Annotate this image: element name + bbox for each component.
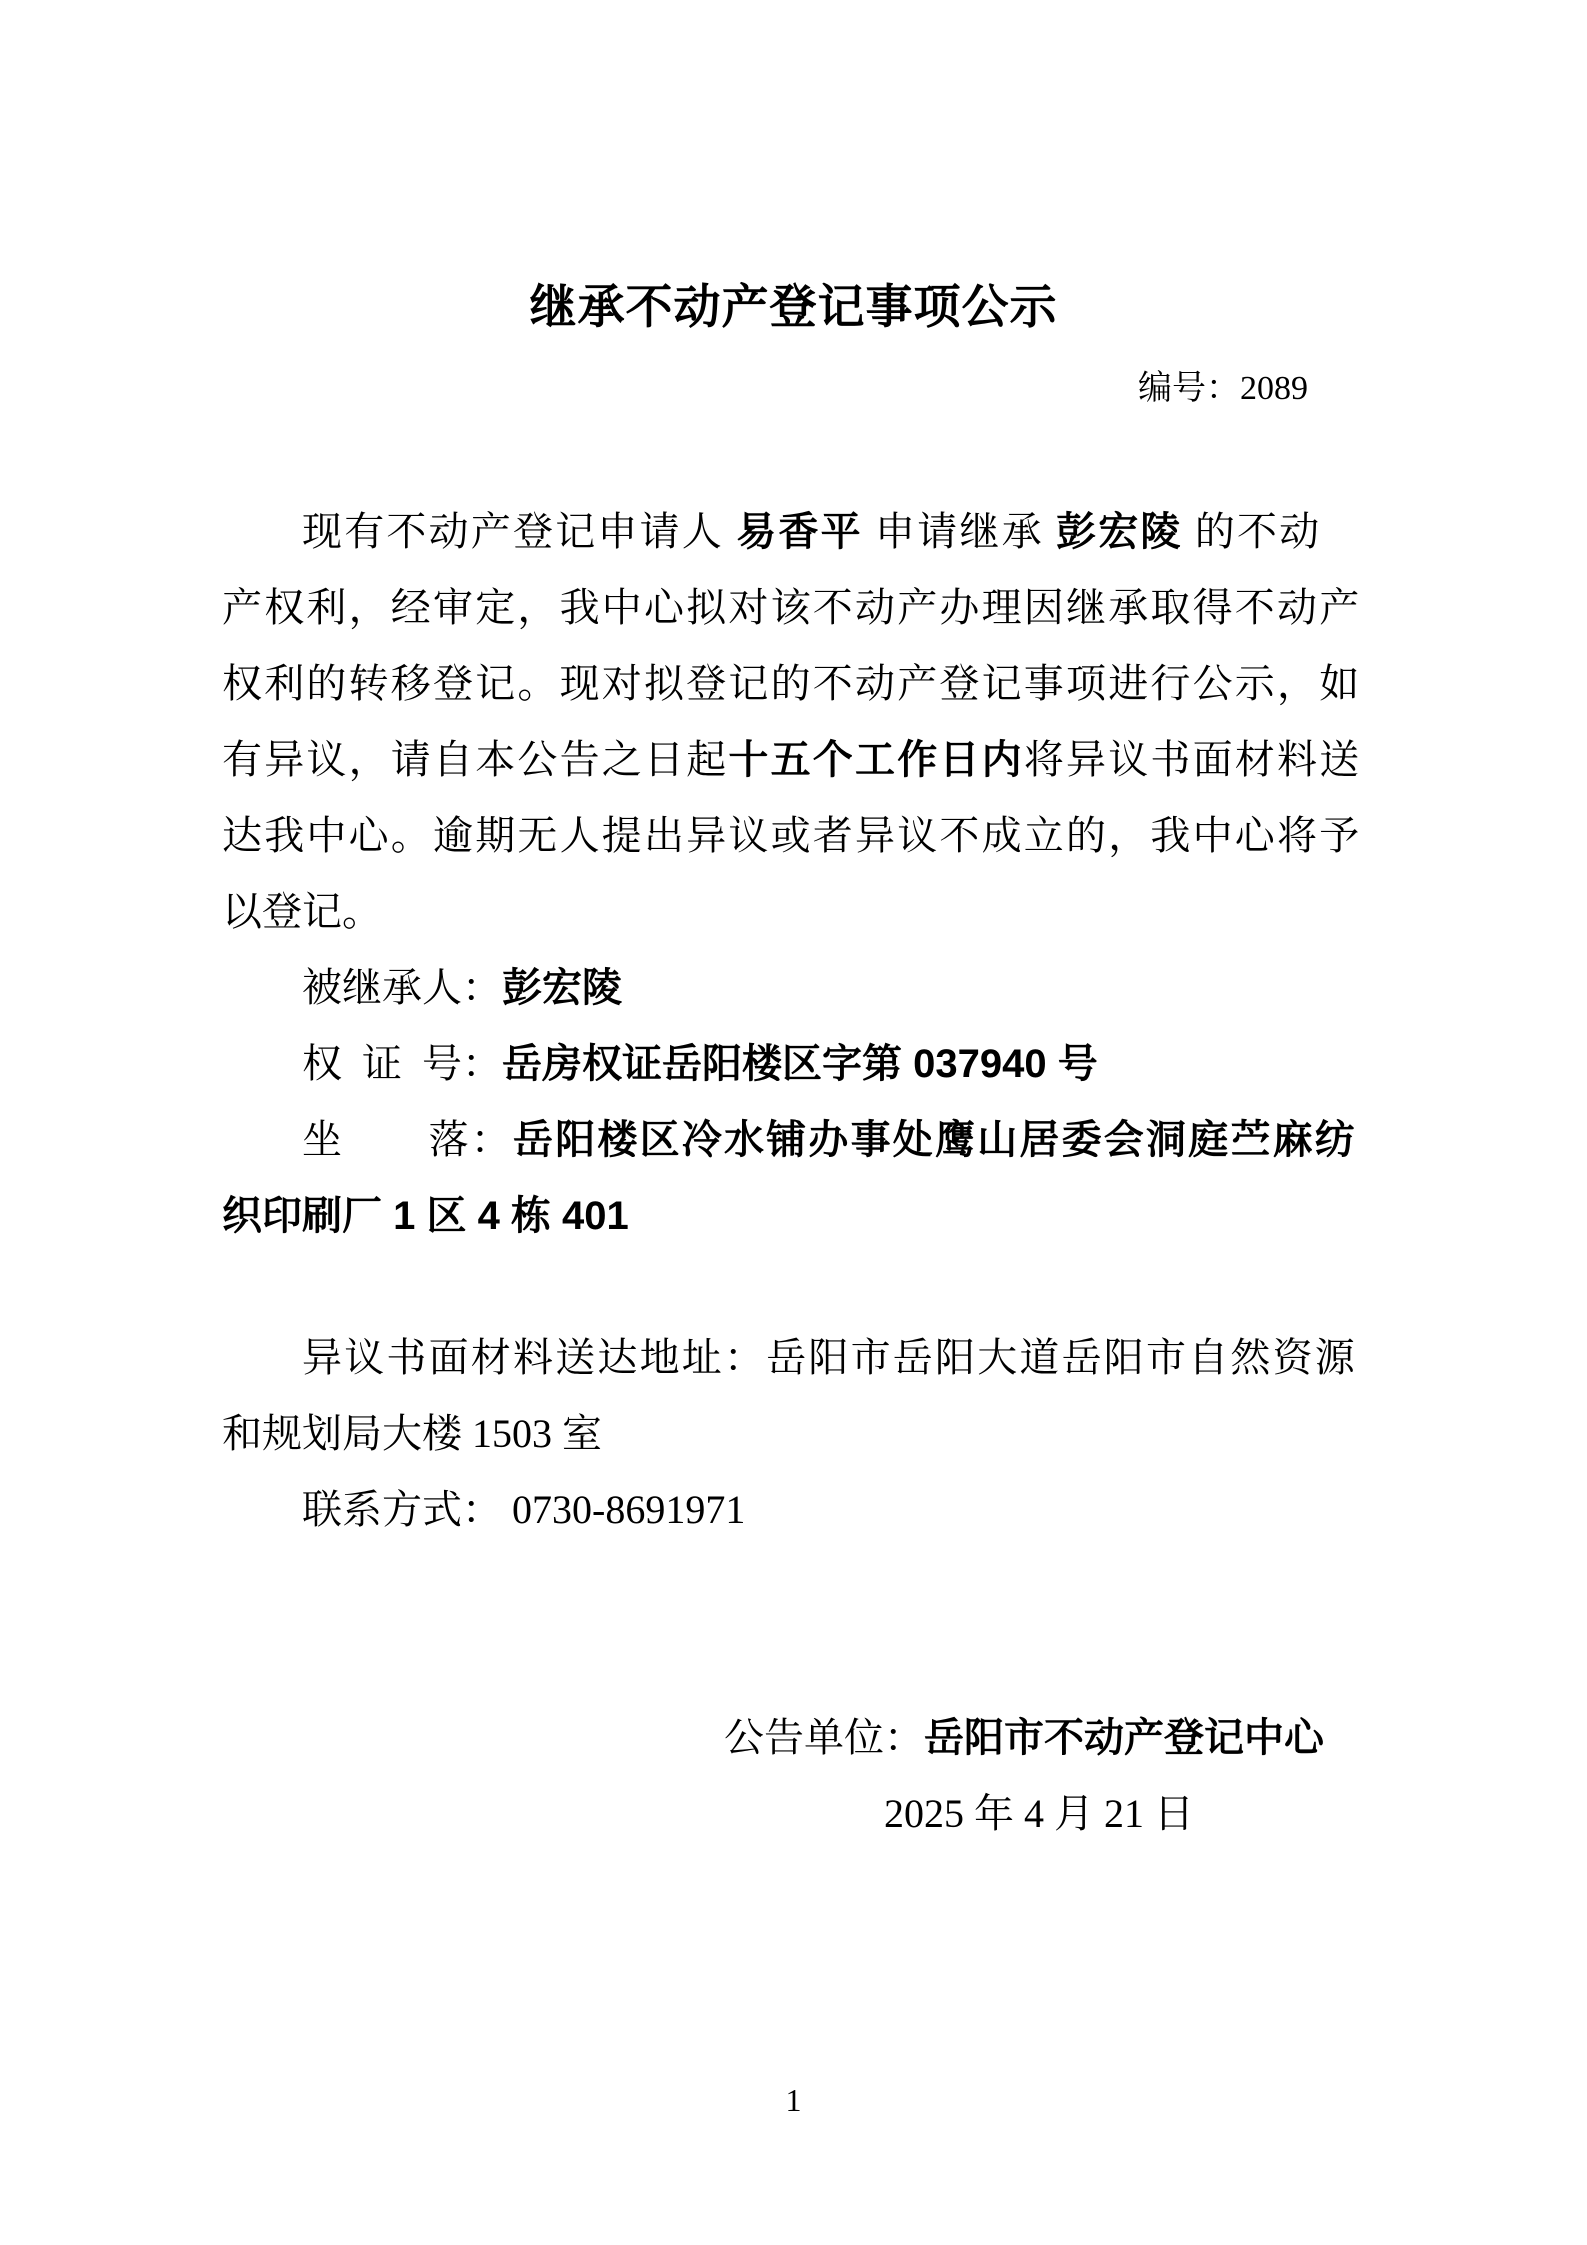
announcement-date: 2025 年 4 月 21 日: [884, 1791, 1194, 1836]
location-line-1: 坐 落：岳阳楼区冷水铺办事处鹰山居委会洞庭苎麻纺: [222, 1102, 1365, 1178]
decedent-name: 彭宏陵: [1056, 510, 1183, 554]
location-value-part-1: 岳阳楼区冷水铺办事处鹰山居委会洞庭苎麻纺: [513, 1118, 1357, 1162]
decedent-value: 彭宏陵: [502, 966, 622, 1010]
paragraph-line-5: 达我中心。逾期无人提出异议或者异议不成立的，我中心将予: [222, 798, 1365, 874]
decedent-label: 被继承人：: [302, 965, 502, 1010]
certificate-label: 权 证 号：: [302, 1041, 502, 1086]
main-paragraph: 现有不动产登记申请人 易香平 申请继承 彭宏陵 的不动产权利，经审定，我中心拟对…: [222, 494, 1365, 950]
document-content: 继承不动产登记事项公示 编号：2089 现有不动产登记申请人 易香平 申请继承 …: [0, 0, 1587, 1852]
certificate-line: 权 证 号：岳房权证岳阳楼区字第 037940 号: [222, 1026, 1365, 1102]
text-segment: 申请继承: [863, 509, 1056, 554]
objection-address-line-2: 和规划局大楼 1503 室: [222, 1396, 1365, 1472]
location-label: 坐 落：: [302, 1117, 513, 1162]
issuer-label: 公告单位：: [724, 1715, 924, 1760]
text-segment: 权利的转移登记。现对拟登记的不动产登记事项进行公示，如: [222, 661, 1361, 706]
applicant-name: 易香平: [736, 510, 863, 554]
page-number: 1: [0, 2083, 1587, 2117]
property-details: 被继承人：彭宏陵权 证 号：岳房权证岳阳楼区字第 037940 号坐 落：岳阳楼…: [222, 950, 1365, 1254]
page-title: 继承不动产登记事项公示: [222, 277, 1365, 337]
text-segment: 现有不动产登记申请人: [302, 509, 736, 554]
location-line-2: 织印刷厂 1 区 4 栋 401: [222, 1178, 1365, 1254]
location-value-part-2: 织印刷厂 1 区 4 栋 401: [222, 1194, 629, 1238]
text-segment: 异议书面材料送达地址：岳阳市岳阳大道岳阳市自然资源: [302, 1335, 1357, 1380]
text-segment: 有异议，请自本公告之日起: [222, 737, 728, 782]
objection-period: 十五个工作日内: [728, 738, 1023, 782]
text-segment: 和规划局大楼 1503 室: [222, 1411, 602, 1456]
decedent-line: 被继承人：彭宏陵: [222, 950, 1365, 1026]
paragraph-line-6: 以登记。: [222, 874, 1365, 950]
issuer-line: 公告单位：岳阳市不动产登记中心: [222, 1700, 1365, 1776]
objection-contact-section: 异议书面材料送达地址：岳阳市岳阳大道岳阳市自然资源和规划局大楼 1503 室联系…: [222, 1320, 1365, 1548]
text-segment: 联系方式： 0730-8691971: [302, 1487, 745, 1532]
paragraph-line-1: 现有不动产登记申请人 易香平 申请继承 彭宏陵 的不动: [222, 494, 1365, 570]
objection-address-line-1: 异议书面材料送达地址：岳阳市岳阳大道岳阳市自然资源: [222, 1320, 1365, 1396]
paragraph-line-4: 有异议，请自本公告之日起十五个工作日内将异议书面材料送: [222, 722, 1365, 798]
date-line: 2025 年 4 月 21 日: [222, 1776, 1365, 1852]
document-page: 继承不动产登记事项公示 编号：2089 现有不动产登记申请人 易香平 申请继承 …: [0, 0, 1587, 2245]
text-segment: 将异议书面材料送: [1024, 737, 1362, 782]
signature-section: 公告单位：岳阳市不动产登记中心2025 年 4 月 21 日: [222, 1700, 1365, 1852]
text-segment: 的不动: [1183, 509, 1322, 554]
contact-line: 联系方式： 0730-8691971: [222, 1472, 1365, 1548]
text-segment: 达我中心。逾期无人提出异议或者异议不成立的，我中心将予: [222, 813, 1361, 858]
issuer-name: 岳阳市不动产登记中心: [924, 1716, 1324, 1760]
paragraph-line-3: 权利的转移登记。现对拟登记的不动产登记事项进行公示，如: [222, 646, 1365, 722]
certificate-value: 岳房权证岳阳楼区字第 037940 号: [502, 1042, 1098, 1086]
doc-number: 编号：2089: [222, 367, 1365, 411]
text-segment: 以登记。: [222, 889, 382, 934]
paragraph-line-2: 产权利，经审定，我中心拟对该不动产办理因继承取得不动产: [222, 570, 1365, 646]
text-segment: 产权利，经审定，我中心拟对该不动产办理因继承取得不动产: [222, 585, 1361, 630]
